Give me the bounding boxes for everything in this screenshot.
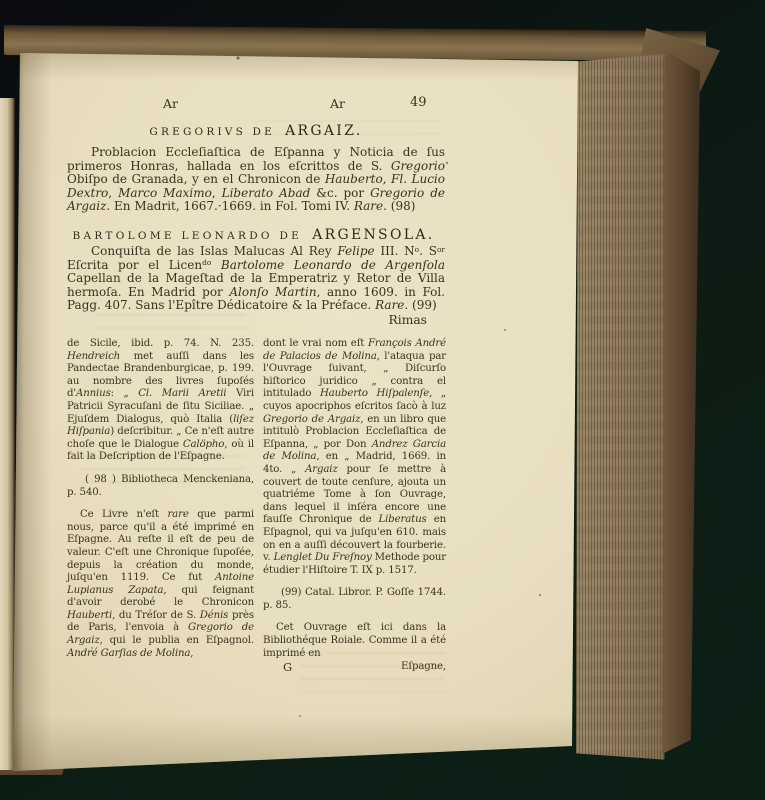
heading-name: ARGENSOLA. xyxy=(312,227,434,243)
catchword-rimas: Rimas xyxy=(67,313,427,327)
entry-body-argaiz: Problacion Eccleſiaſtica de Eſpanna y No… xyxy=(67,146,445,214)
heading-name: ARGAIZ. xyxy=(285,123,363,139)
catchword-espagne: Eſpagne, xyxy=(401,661,446,674)
footnote-column-right: dont le vrai nom eſt François André de P… xyxy=(263,338,446,674)
heading-lead: GREGORIVS DE xyxy=(149,126,275,138)
entry-heading-argensola: BARTOLOME LEONARDO DE ARGENSOLA. xyxy=(62,224,445,243)
scanned-book-photo: Ar Ar 49 GREGORIVS DE ARGAIZ. Problacion… xyxy=(0,0,765,800)
running-head-right: Ar xyxy=(330,96,345,111)
footnote-continuation: de Sicile, ibid. p. 74. N. 235. Hendreic… xyxy=(67,338,254,464)
footnote-98-remark: Ce Livre n'eſt rare que parmi nous, parc… xyxy=(67,509,254,660)
footnote-column-left: de Sicile, ibid. p. 74. N. 235. Hendreic… xyxy=(67,338,254,660)
entry-heading-argaiz: GREGORIVS DE ARGAIZ. xyxy=(67,120,445,139)
signature-line: G Eſpagne, xyxy=(263,661,446,674)
entry-body-argensola: Conquiſta de las Islas Malucas Al Rey Fe… xyxy=(67,245,445,313)
heading-lead: BARTOLOME LEONARDO DE xyxy=(73,230,303,242)
footnote-continuation: dont le vrai nom eſt François André de P… xyxy=(263,338,446,577)
page-number: 49 xyxy=(410,95,427,110)
running-head-left: Ar xyxy=(163,96,178,111)
footnote-99-remark: Cet Ouvrage eſt ici dans la Bibliothéque… xyxy=(263,622,446,660)
signature-mark: G xyxy=(283,661,292,674)
page-text-layer: Ar Ar 49 GREGORIVS DE ARGAIZ. Problacion… xyxy=(0,0,765,800)
footnote-99: (99) Catal. Libror. P. Goſſe 1744. p. 85… xyxy=(263,587,446,612)
footnote-98: ( 98 ) Bibliotheca Menckeniana, p. 540. xyxy=(67,474,254,499)
